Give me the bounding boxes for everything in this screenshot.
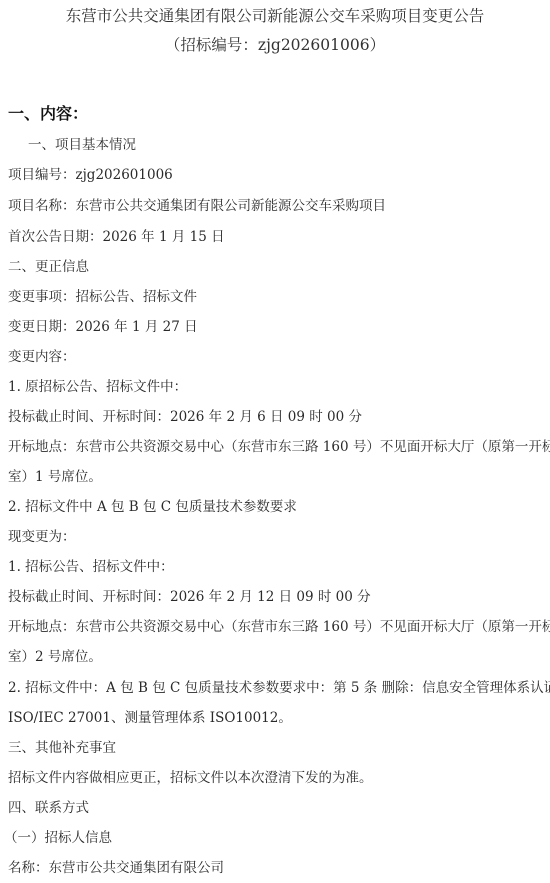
subsection-other-matters: 三、其他补充事宜 [8, 738, 116, 758]
new-item-2-line2: ISO/IEC 27001、测量管理体系 ISO10012。 [8, 708, 292, 728]
subsection-project-basic-info: 一、项目基本情况 [28, 135, 136, 155]
new-item-2-line1: 2. 招标文件中：A 包 B 包 C 包质量技术参数要求中：第 5 条 删除：信… [8, 678, 550, 698]
now-changed-to-label: 现变更为： [8, 527, 76, 547]
first-announcement-date: 首次公告日期：2026 年 1 月 15 日 [8, 227, 225, 247]
document-subtitle: （招标编号：zjg202601006） [0, 34, 550, 56]
subsection-contact: 四、联系方式 [8, 798, 89, 818]
change-items: 变更事项：招标公告、招标文件 [8, 287, 197, 307]
tenderer-name: 名称：东营市公共交通集团有限公司 [8, 858, 224, 878]
original-location-line1: 开标地点：东营市公共资源交易中心（东营市东三路 160 号）不见面开标大厅（原第… [8, 437, 550, 457]
original-deadline: 投标截止时间、开标时间：2026 年 2 月 6 日 09 时 00 分 [8, 407, 362, 427]
section-heading: 一、内容： [8, 104, 88, 124]
new-item-1: 1. 招标公告、招标文件中： [8, 557, 174, 577]
subsection-correction-info: 二、更正信息 [8, 257, 89, 277]
original-item-2: 2. 招标文件中 A 包 B 包 C 包质量技术参数要求 [8, 497, 297, 517]
original-location-line2: 室）1 号席位。 [8, 467, 102, 487]
change-content-label: 变更内容： [8, 347, 76, 367]
original-item-1: 1. 原招标公告、招标文件中： [8, 377, 187, 397]
new-deadline: 投标截止时间、开标时间：2026 年 2 月 12 日 09 时 00 分 [8, 587, 371, 607]
project-number: 项目编号：zjg202601006 [8, 165, 173, 185]
new-location-line1: 开标地点：东营市公共资源交易中心（东营市东三路 160 号）不见面开标大厅（原第… [8, 617, 550, 637]
new-location-line2: 室）2 号席位。 [8, 647, 102, 667]
document-title: 东营市公共交通集团有限公司新能源公交车采购项目变更公告 [0, 5, 550, 27]
other-matters-text: 招标文件内容做相应更正，招标文件以本次澄清下发的为准。 [8, 768, 373, 788]
project-name: 项目名称：东营市公共交通集团有限公司新能源公交车采购项目 [8, 196, 386, 216]
tenderer-info-heading: （一）招标人信息 [4, 828, 112, 848]
change-date: 变更日期：2026 年 1 月 27 日 [8, 317, 198, 337]
